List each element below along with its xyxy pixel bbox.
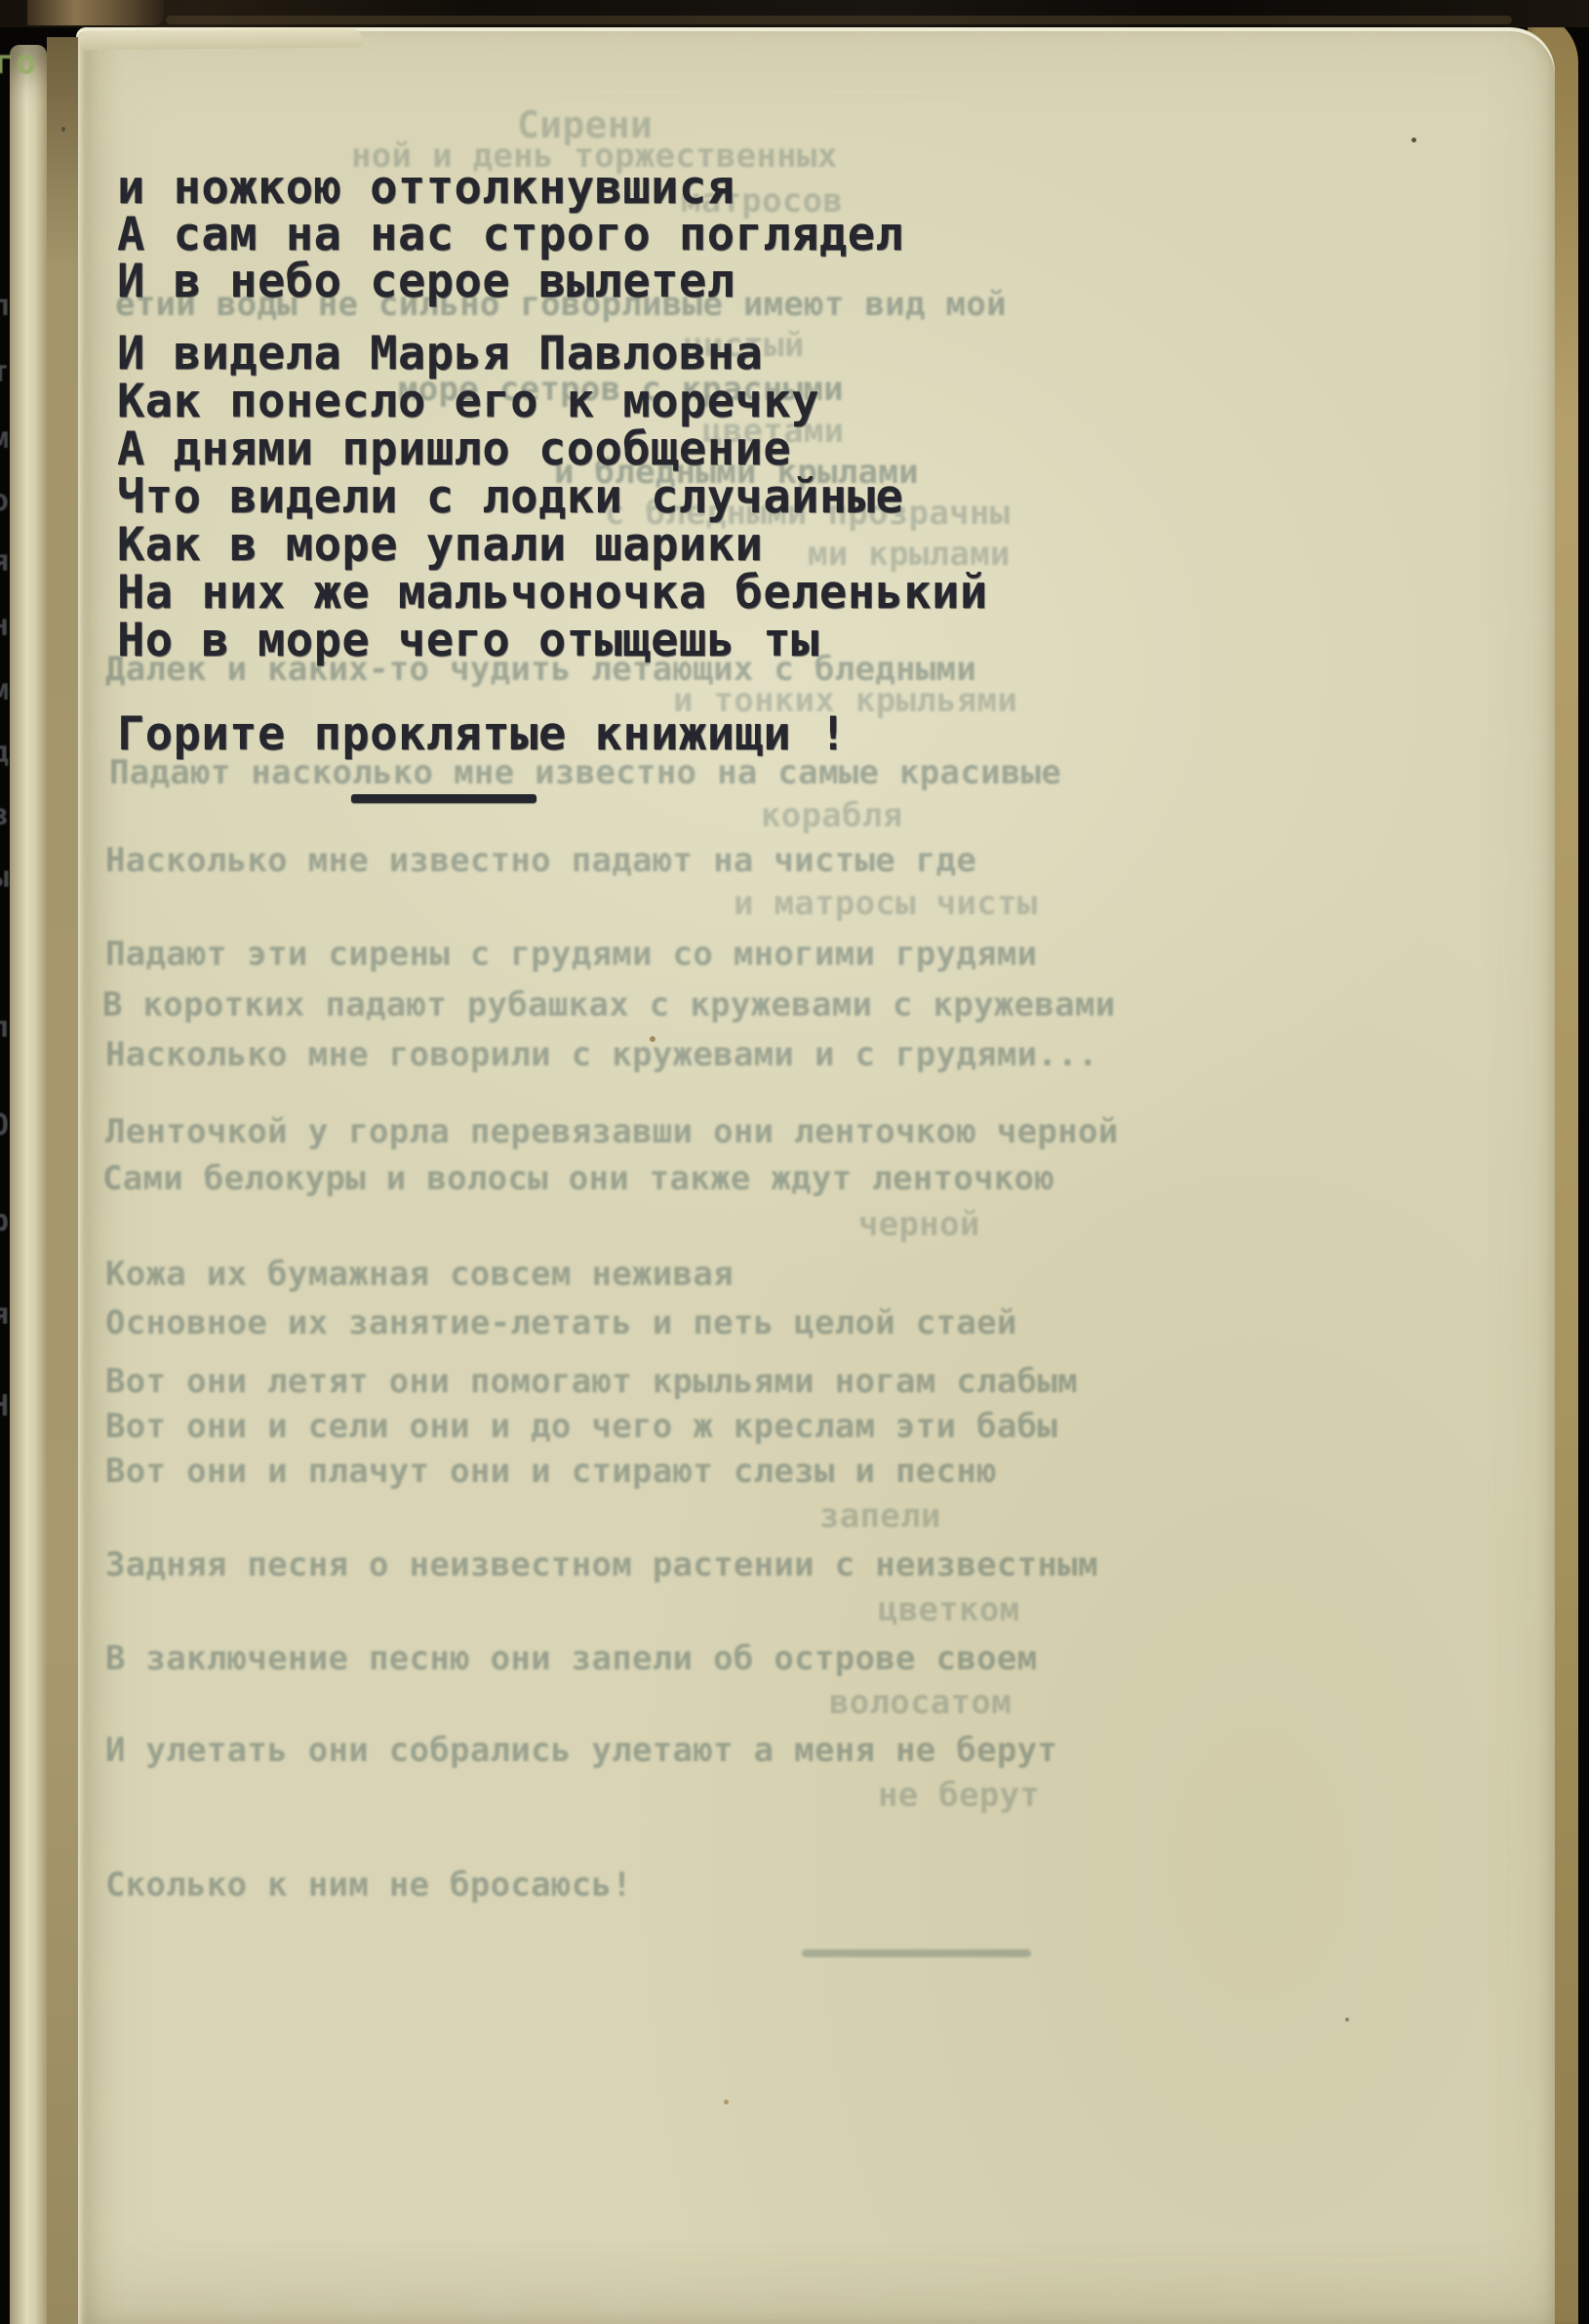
- green-stamp-text: го: [0, 45, 38, 80]
- poem-line: А сам на нас строго поглядел: [117, 209, 903, 261]
- ghost-poem-line: цветком: [878, 1590, 1019, 1629]
- ghost-poem-line: черной: [858, 1205, 980, 1244]
- cutoff-letter-fragment: з: [0, 800, 17, 831]
- cutoff-letter-fragment: О: [0, 1110, 17, 1142]
- cutoff-letter-fragment: т: [0, 357, 17, 388]
- ghost-poem-line: В коротких падают рубашках с кружевами с…: [102, 985, 1116, 1024]
- poem-line: Что видели с лодки случайные: [117, 471, 903, 524]
- ghost-poem-line: Сколько к ним не бросаюсь!: [105, 1865, 632, 1904]
- poem-line: Горите проклятые книжищи !: [117, 708, 848, 761]
- ghost-poem-line: Насколько мне говорили с кружевами и с г…: [105, 1035, 1098, 1074]
- poem-line: На них же мальчоночка беленький: [117, 567, 988, 620]
- underlying-page-edge: [80, 27, 363, 50]
- ghost-poem-line: Вот они летят они помогают крыльями нога…: [105, 1362, 1078, 1401]
- ghost-poem-line: Основное их занятие-летать и петь целой …: [105, 1303, 1017, 1342]
- ghost-poem-line: и матросы чисты: [734, 884, 1038, 923]
- poem-line: Как в море упали шарики: [117, 519, 763, 572]
- ink-underline: [351, 794, 536, 803]
- ghost-poem-line: Вот они и сели они и до чего ж креслам э…: [105, 1407, 1057, 1446]
- dust-speck: [1345, 2018, 1349, 2022]
- poem-line: Как понесло его к моречку: [117, 376, 819, 428]
- dust-speck: [1411, 138, 1416, 142]
- dust-speck: [61, 127, 65, 132]
- poem-line: Но в море чего отыщешь ты: [117, 615, 819, 667]
- ghost-poem-line: В заключение песню они запели об острове…: [105, 1639, 1037, 1678]
- ghost-poem-line: Падают эти сирены с грудями со многими г…: [105, 935, 1037, 974]
- gutter-shadow: [47, 37, 78, 2324]
- ghost-poem-line: волосатом: [829, 1683, 1012, 1722]
- cutoff-letter-fragment: Н: [0, 1391, 17, 1422]
- top-pages-shadow: [166, 16, 1512, 24]
- ghost-poem-line: Сами белокуры и волосы они также ждут ле…: [102, 1159, 1054, 1198]
- poem-line: И в небо серое вылетел: [117, 256, 735, 308]
- poem-line: и ножкою оттолкнувшися: [117, 162, 735, 215]
- cutoff-letter-fragment: п: [0, 1013, 17, 1044]
- dust-speck: [724, 2100, 729, 2104]
- ghost-poem-line: запели: [819, 1497, 941, 1536]
- cutoff-letter-fragment: л: [0, 291, 17, 322]
- cutoff-letter-fragment: р: [0, 1206, 17, 1237]
- cutoff-letter-fragment: д: [0, 738, 17, 769]
- cutoff-letter-fragment: ы: [0, 862, 17, 894]
- page-stack-corner: [27, 0, 164, 25]
- poem-line: И видела Марья Павловна: [117, 328, 763, 381]
- cutoff-letter-fragment: о: [0, 486, 17, 517]
- cutoff-letter-fragment: я: [0, 1300, 17, 1331]
- dust-speck: [650, 1036, 655, 1042]
- ghost-poem-line: Кожа их бумажная совсем неживая: [105, 1255, 734, 1294]
- ghost-poem-line: И улетать они собрались улетают а меня н…: [105, 1731, 1057, 1770]
- cutoff-letter-fragment: я: [0, 546, 17, 578]
- ghost-poem-line: Насколько мне известно падают на чистые …: [105, 841, 976, 880]
- cutoff-letter-fragment: м: [0, 675, 17, 706]
- cutoff-letter-fragment: м: [0, 423, 17, 455]
- ghost-poem-line: не берут: [878, 1776, 1040, 1815]
- ghost-poem-line: Вот они и плачут они и стирают слезы и п…: [105, 1452, 997, 1491]
- ghost-underline: [802, 1949, 1031, 1957]
- ghost-poem-line: Ленточкой у горла перевязавши они ленточ…: [105, 1112, 1119, 1151]
- ghost-poem-line: Задняя песня о неизвестном растении с не…: [105, 1545, 1098, 1584]
- book-page-scan: Сирениной и день торжественныхматросовет…: [0, 0, 1589, 2324]
- cutoff-letter-fragment: н: [0, 611, 17, 642]
- poem-line: А днями пришло сообщение: [117, 423, 791, 476]
- ghost-poem-line: корабля: [761, 796, 902, 835]
